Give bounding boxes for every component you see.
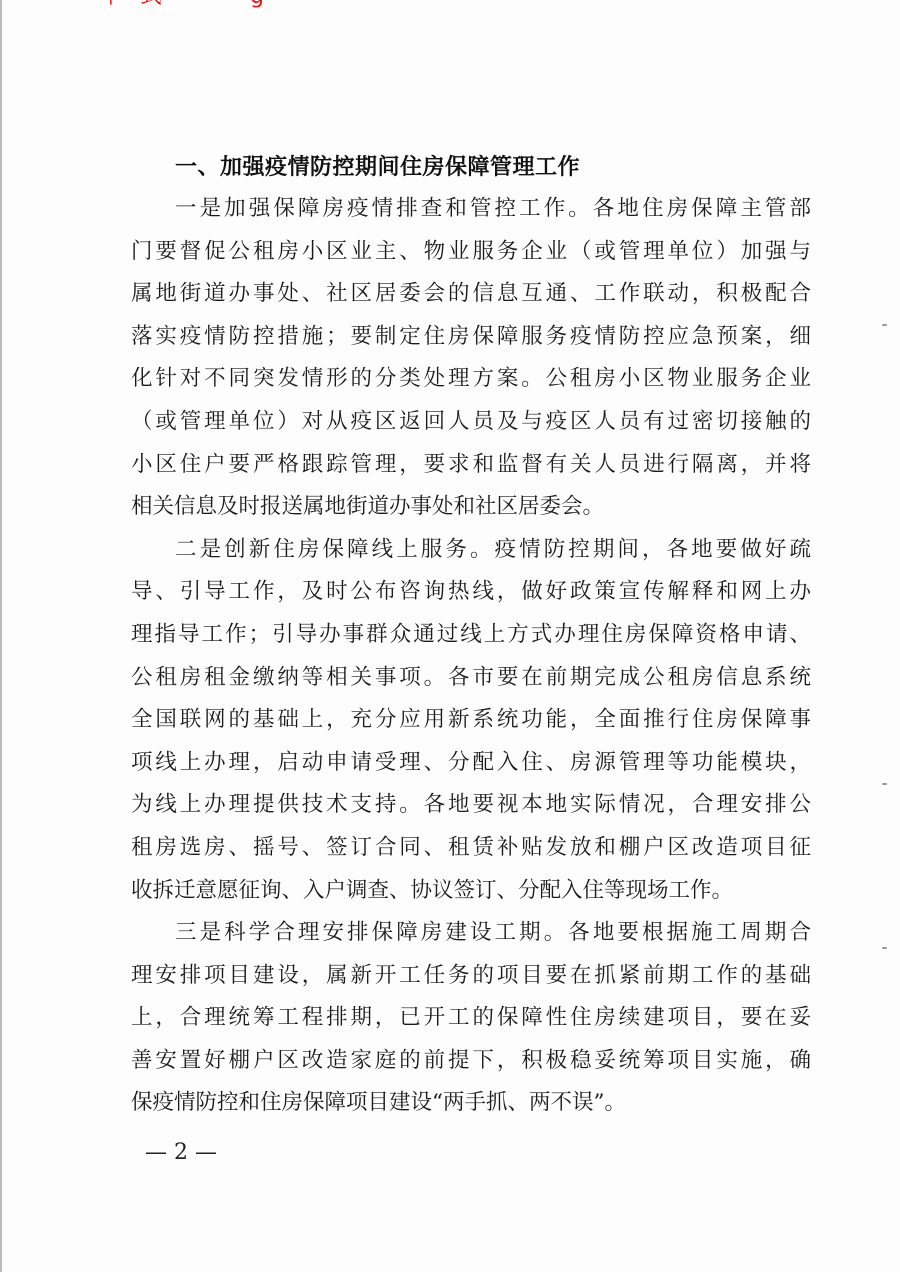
paragraph-2-line: 导、引导工作，及时公布咨询热线，做好政策宣传解释和网上办: [131, 571, 811, 614]
paragraph-3-line: 保疫情防控和住房保障项目建设“两手抓、两不误”。: [131, 1082, 811, 1125]
scan-speck: [882, 783, 887, 785]
scan-edge: [0, 0, 2, 1272]
red-stamp-fragment: 丨 式 g: [100, 0, 270, 8]
paragraph-1-line: 属地街道办事处、社区居委会的信息互通、工作联动，积极配合: [131, 273, 811, 316]
paragraph-3-line: 理安排项目建设，属新开工任务的项目要在抓紧前期工作的基础: [131, 955, 811, 998]
paragraph-3-line: 善安置好棚户区改造家庭的前提下，积极稳妥统筹项目实施，确: [131, 1040, 811, 1083]
paragraph-2-line: 公租房租金缴纳等相关事项。各市要在前期完成公租房信息系统: [131, 657, 811, 700]
paragraph-2-line: 理指导工作；引导办事群众通过线上方式办理住房保障资格申请、: [131, 614, 811, 657]
page-number: — 2 —: [145, 1140, 217, 1165]
paragraph-2-line: 二是创新住房保障线上服务。疫情防控期间，各地要做好疏: [131, 529, 811, 572]
paragraph-1-line: 化针对不同突发情形的分类处理方案。公租房小区物业服务企业: [131, 358, 811, 401]
scan-speck: [882, 947, 887, 949]
paragraph-1-line: 门要督促公租房小区业主、物业服务企业（或管理单位）加强与: [131, 231, 811, 274]
paragraph-2-line: 为线上办理提供技术支持。各地要视本地实际情况，合理安排公: [131, 784, 811, 827]
paragraph-2-line: 全国联网的基础上，充分应用新系统功能，全面推行住房保障事: [131, 699, 811, 742]
paragraph-3-line: 三是科学合理安排保障房建设工期。各地要根据施工周期合: [131, 912, 811, 955]
paragraph-2-line: 项线上办理，启动申请受理、分配入住、房源管理等功能模块，: [131, 742, 811, 785]
stamp-glyph: 式: [140, 0, 162, 8]
paragraph-1-line: 一是加强保障房疫情排查和管控工作。各地住房保障主管部: [131, 188, 811, 231]
stamp-glyph: g: [250, 0, 264, 8]
paragraph-2-line: 租房选房、摇号、签订合同、租赁补贴发放和棚户区改造项目征: [131, 827, 811, 870]
paragraph-1-line: 落实疫情防控措施；要制定住房保障服务疫情防控应急预案，细: [131, 316, 811, 359]
document-body: 一是加强保障房疫情排查和管控工作。各地住房保障主管部 门要督促公租房小区业主、物…: [131, 188, 811, 1125]
paragraph-3-line: 上，合理统筹工程排期，已开工的保障性住房续建项目，要在妥: [131, 997, 811, 1040]
stamp-glyph: 丨: [100, 0, 122, 8]
scan-speck: [882, 324, 887, 326]
paragraph-1-line: （或管理单位）对从疫区返回人员及与疫区人员有过密切接触的: [131, 401, 811, 444]
paragraph-1-line: 相关信息及时报送属地街道办事处和社区居委会。: [131, 486, 811, 529]
paragraph-2-line: 收拆迁意愿征询、入户调查、协议签订、分配入住等现场工作。: [131, 870, 811, 913]
paragraph-1-line: 小区住户要严格跟踪管理，要求和监督有关人员进行隔离，并将: [131, 444, 811, 487]
section-heading: 一、加强疫情防控期间住房保障管理工作: [175, 150, 580, 181]
